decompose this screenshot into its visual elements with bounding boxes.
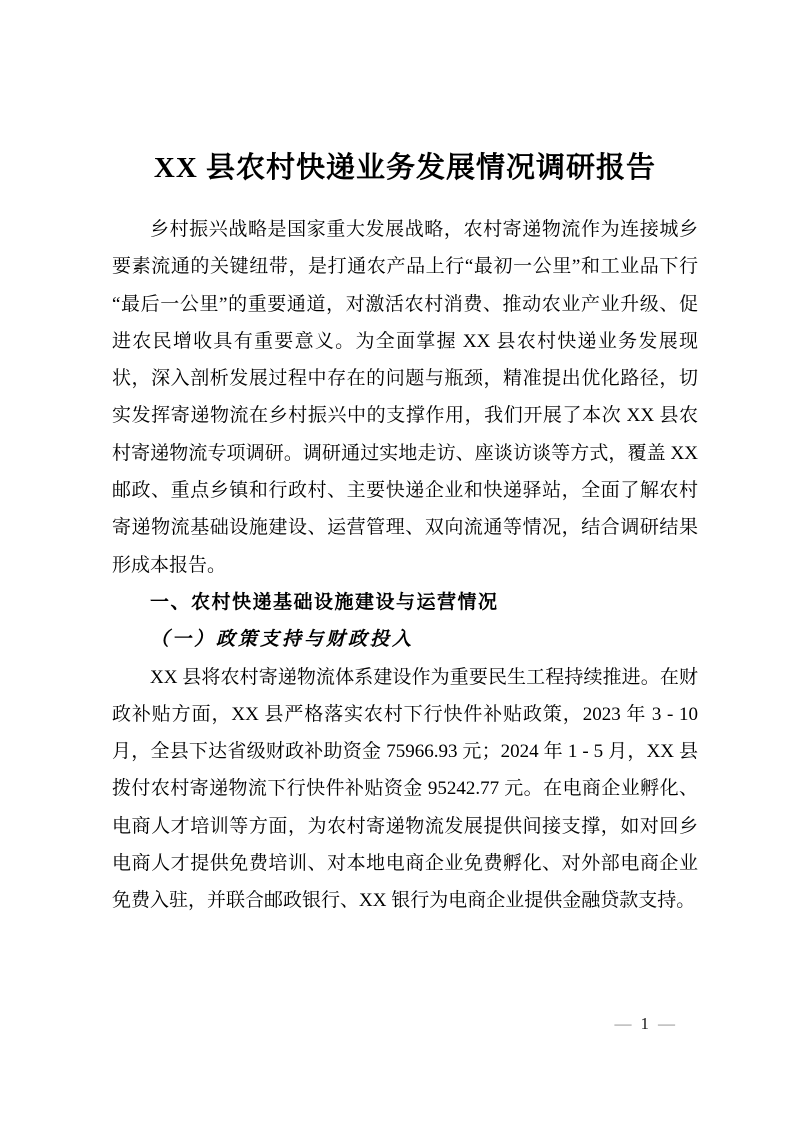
document-content: XX 县农村快递业务发展情况调研报告 乡村振兴战略是国家重大发展战略，农村寄递物… xyxy=(112,0,698,920)
intro-paragraph: 乡村振兴战略是国家重大发展战略，农村寄递物流作为连接城乡要素流通的关键纽带，是打… xyxy=(112,211,698,584)
page-number-right-dash: — xyxy=(658,1014,675,1033)
section-1-subheading: （一）政策支持与财政投入 xyxy=(112,621,698,658)
document-page: XX 县农村快递业务发展情况调研报告 乡村振兴战略是国家重大发展战略，农村寄递物… xyxy=(0,0,793,1122)
section-1-heading: 一、农村快递基础设施建设与运营情况 xyxy=(112,584,698,621)
page-number: 1 xyxy=(641,1014,650,1033)
section-1-body-paragraph: XX 县将农村寄递物流体系建设作为重要民生工程持续推进。在财政补贴方面，XX 县… xyxy=(112,659,698,920)
page-number-left-dash: — xyxy=(615,1014,632,1033)
page-number-footer: —1— xyxy=(615,1014,676,1034)
document-title: XX 县农村快递业务发展情况调研报告 xyxy=(112,148,698,189)
